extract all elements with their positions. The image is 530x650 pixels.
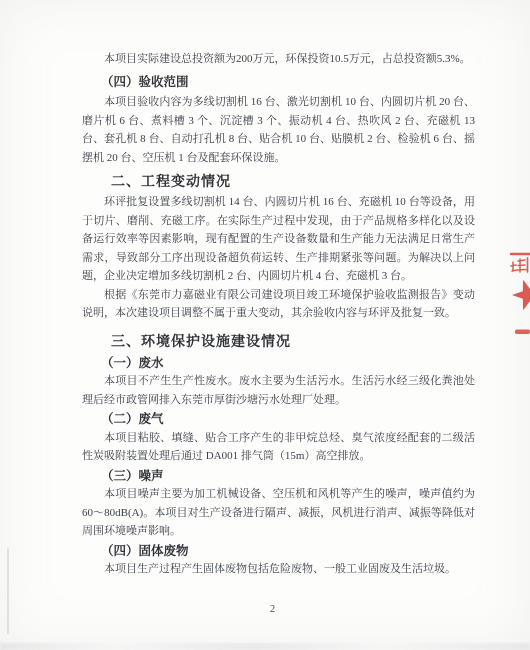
subsection-heading-waste-gas: （二）废气: [82, 410, 475, 429]
paragraph-investment: 本项目实际建设总投资额为200万元，环保投资10.5万元，占总投资额5.3%。: [82, 50, 475, 69]
document-page: 本项目实际建设总投资额为200万元，环保投资10.5万元，占总投资额5.3%。 …: [0, 0, 530, 650]
paragraph-solid-waste: 本项目生产过程产生固体废物包括危险废物、一般工业固废及生活垃圾。: [82, 560, 475, 579]
section-heading-environmental-facilities: 三、环境保护设施建设情况: [82, 332, 475, 353]
paragraph-noise: 本项目噪声主要为加工机械设备、空压机和风机等产生的噪声，噪声值约为 60～80d…: [82, 485, 475, 541]
seal-bar-fragment: [515, 330, 530, 335]
paragraph-acceptance-scope: 本项目验收内容为多线切割机 16 台、激光切割机 10 台、内圆切片机 20 台…: [82, 93, 475, 167]
page-number: 2: [0, 604, 530, 615]
scan-artifact-bottom-band: [0, 643, 530, 650]
paragraph-wastewater: 本项目不产生生产性废水。废水主要为生活污水。生活污水经三级化粪池处理后经市政管网…: [82, 372, 475, 409]
subsection-heading-acceptance-scope: （四）验收范围: [82, 73, 475, 92]
paragraph-project-changes: 环评批复设置多线切割机 14 台、内圆切片机 16 台、充磁机 10 台等设备，…: [82, 193, 475, 286]
subsection-heading-noise: （三）噪声: [82, 467, 475, 486]
document-body: 本项目实际建设总投资额为200万元，环保投资10.5万元，占总投资额5.3%。 …: [82, 50, 475, 579]
paragraph-change-conclusion: 根据《东莞市力嘉磁业有限公司建设项目竣工环境保护验收监测报告》变动说明，本次建设…: [82, 286, 475, 323]
red-seal-stamp: [504, 251, 530, 347]
subsection-heading-wastewater: （一）废水: [82, 354, 475, 373]
paragraph-waste-gas: 本项目粘胶、填缝、贴合工序产生的非甲烷总烃、臭气浓度经配套的二级活性炭吸附装置处…: [82, 429, 475, 466]
section-heading-project-changes: 二、工程变动情况: [82, 172, 475, 193]
subsection-heading-solid-waste: （四）固体废物: [82, 542, 475, 561]
star-icon: [512, 280, 530, 310]
scan-artifact-left-line: [7, 548, 9, 634]
seal-characters-fragment: [511, 254, 530, 272]
